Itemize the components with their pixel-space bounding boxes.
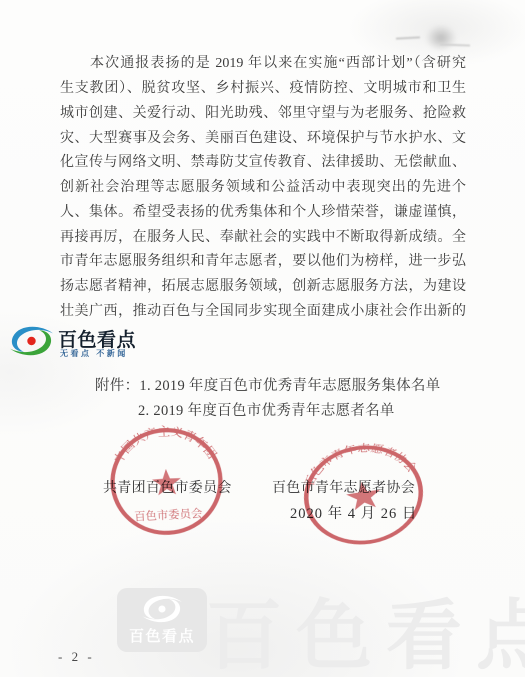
- seal-youth-league-committee: 中国共产主义青年团 百色市委员会: [102, 420, 231, 543]
- attachment-line-2: 2. 2019 年度百色市优秀青年志愿者名单: [138, 401, 395, 421]
- baise-kandian-swirl-icon: [7, 322, 56, 360]
- svg-text:百色市青年志愿者协会: 百色市青年志愿者协会: [298, 434, 421, 490]
- watermark-brand-tagline: 无看点 不新闻: [60, 348, 128, 359]
- paragraph-line: 市青年志愿服务组织和青年志愿者，要以他们为榜样，进一步弘: [60, 250, 466, 274]
- paragraph-line: 再接再厉，在服务人民、奉献社会的实践中不断取得新成绩。全: [60, 226, 466, 250]
- paragraph-line: 本次通报表扬的是 2019 年以来在实施“西部计划”（含研究: [60, 52, 466, 76]
- paragraph-line: 创新社会治理等志愿服务领域和公益活动中表现突出的先进个: [60, 176, 466, 200]
- svg-text:中国共产主义青年团: 中国共产主义青年团: [108, 421, 219, 466]
- page-number: - 2 -: [58, 649, 95, 665]
- paragraph-line: 城市创建、关爱行动、阳光助残、邻里守望与为老服务、抢险救: [60, 102, 466, 126]
- paragraph-line: 灾、大型赛事及会务、美丽百色建设、环境保护与节水护水、文: [60, 127, 466, 151]
- attachment-line-1: 附件：1. 2019 年度百色市优秀青年志愿服务集体名单: [95, 376, 441, 396]
- attachment-item-2: 2. 2019 年度百色市优秀青年志愿者名单: [138, 403, 395, 419]
- scan-smudge: [424, 24, 458, 52]
- seal-arc-text: 中国共产主义青年团: [108, 421, 219, 466]
- document-page: 本次通报表扬的是 2019 年以来在实施“西部计划”（含研究 生支教团）、脱贫攻…: [0, 0, 525, 677]
- paragraph-line: 生支教团）、脱贫攻坚、乡村振兴、疫情防控、文明城市和卫生: [60, 77, 466, 101]
- star-icon: [151, 468, 181, 495]
- seal-arc-text: 百色市青年志愿者协会: [298, 434, 421, 490]
- watermark-swirl-icon: [139, 592, 185, 626]
- star-icon: [345, 479, 383, 511]
- paragraph-line: 扬志愿者精神，拓展志愿服务领域，创新志愿服务方法，为建设: [60, 275, 466, 299]
- paragraph-line: 化宣传与网络文明、禁毒防艾宣传教育、法律援助、无偿献血、: [60, 151, 466, 175]
- watermark-logo-box: 百色看点: [117, 588, 207, 652]
- attachment-label: 附件：: [95, 378, 139, 394]
- watermark-logo-label: 百色看点: [129, 625, 195, 646]
- seal-volunteer-association: 百色市青年志愿者协会: [291, 432, 436, 557]
- seal-inner-text: 百色市委员会: [134, 506, 203, 523]
- paragraph-line: 壮美广西，推动百色与全国同步实现全面建成小康社会作出新的: [60, 300, 466, 324]
- watermark-large-text: 百色看点: [206, 575, 525, 677]
- scan-dash: [396, 36, 420, 39]
- attachment-item-1: 1. 2019 年度百色市优秀青年志愿服务集体名单: [139, 378, 440, 394]
- paragraph-line: 人、集体。希望受表扬的优秀集体和个人珍惜荣誉，谦虚谨慎，: [60, 201, 466, 225]
